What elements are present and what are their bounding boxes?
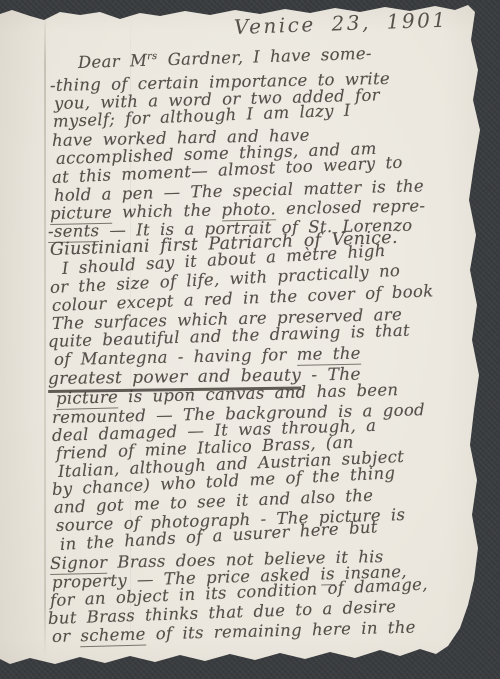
letter-dateline: Venice 23, 1901	[234, 8, 448, 39]
letter-line-1: Dear Mrs Gardner, I have some-	[78, 46, 372, 72]
letter-scan: Venice 23, 1901 Dear Mrs Gardner, I have…	[0, 0, 500, 679]
fold-crease	[44, 12, 46, 657]
letter-paper: Venice 23, 1901 Dear Mrs Gardner, I have…	[0, 0, 500, 679]
